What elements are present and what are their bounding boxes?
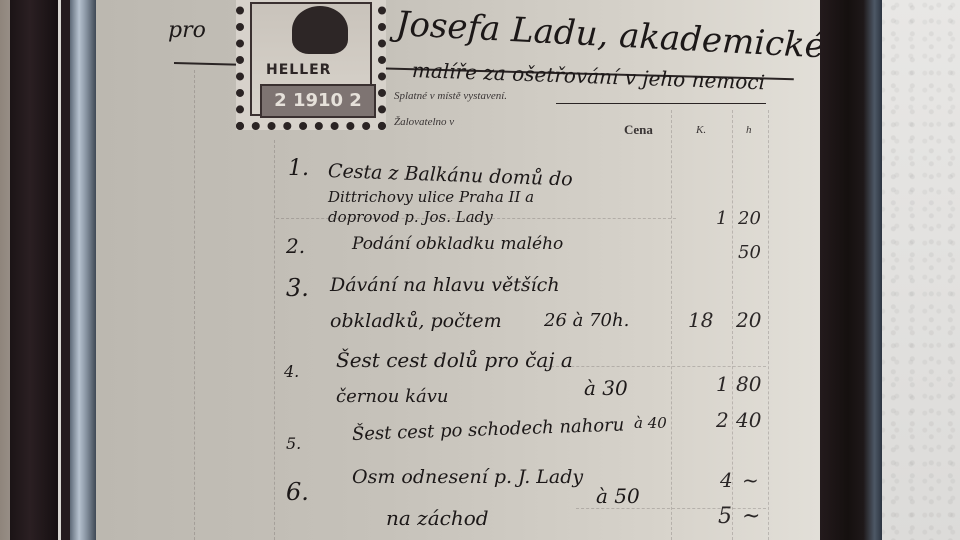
item-unit-price: à 50	[596, 484, 640, 508]
ruled-line	[671, 110, 672, 540]
item-line: Osm odnesení p. J. Lady	[352, 466, 583, 488]
photo-scene: pro Josefa Ladu, akademického malíře za …	[0, 0, 960, 540]
frame-left	[10, 0, 60, 540]
revenue-stamp: HELLER 2 1910 2	[236, 0, 386, 130]
recipient-underline	[556, 103, 766, 104]
item-hellers: 20	[736, 308, 761, 332]
recipient-line-2: malíře za ošetřování v jeho nemoci	[412, 58, 766, 94]
item-line: Šest cest dolů pro čaj a	[336, 348, 573, 372]
item-line: Šest cest po schodech nahoru	[352, 414, 625, 444]
item-crowns: 1	[716, 208, 727, 229]
item-number: 3.	[286, 274, 309, 302]
item-number: 4.	[284, 362, 299, 381]
item-number: 2.	[286, 234, 305, 258]
item-hellers: 80	[736, 372, 761, 396]
item-unit-price: à 40	[634, 414, 667, 432]
stamp-portrait-icon	[292, 6, 348, 54]
item-hellers: 20	[738, 208, 761, 229]
ruled-line	[768, 110, 769, 540]
ruled-line	[546, 366, 766, 367]
item-crowns: 1	[716, 372, 729, 396]
item-crowns: 5	[718, 504, 732, 529]
item-line: Podání obkladku malého	[352, 234, 563, 254]
item-unit-price: à 30	[584, 376, 628, 400]
ruled-line	[274, 140, 275, 540]
item-hellers: 40	[736, 408, 761, 432]
item-line: doprovod p. Jos. Lady	[328, 208, 493, 226]
header-prefix: pro	[168, 18, 206, 43]
frame-right	[820, 0, 882, 540]
ruled-line	[194, 70, 195, 540]
item-number: 5.	[286, 434, 301, 453]
item-hellers: 50	[738, 242, 761, 263]
stamp-value: 2 1910 2	[260, 84, 376, 118]
item-hellers: ~	[742, 468, 759, 492]
printed-payable: Splatné v místě vystavení.	[394, 90, 507, 102]
column-header-hellers: h	[746, 124, 752, 136]
printed-claimant: Žalovatelno v	[394, 116, 454, 128]
item-crowns: 2	[716, 408, 729, 432]
column-header-crowns: K.	[696, 124, 706, 136]
frame-left-metal-edge	[70, 0, 96, 540]
item-crowns: 4	[720, 468, 733, 492]
item-crowns: 18	[688, 308, 713, 332]
item-line: Dávání na hlavu větších	[330, 274, 560, 296]
item-number: 1.	[288, 156, 309, 181]
item-number: 6.	[286, 478, 309, 506]
wall	[880, 0, 960, 540]
ruled-line	[576, 508, 766, 509]
item-hellers: ~	[742, 504, 760, 529]
column-header-price: Cena	[624, 122, 653, 138]
invoice-paper: pro Josefa Ladu, akademického malíře za …	[96, 0, 820, 540]
item-line: Dittrichovy ulice Praha II a	[328, 188, 534, 206]
item-line: černou kávu	[336, 386, 448, 407]
stamp-denomination: HELLER	[266, 62, 331, 78]
item-line: Cesta z Balkánu domů do	[328, 160, 573, 191]
item-unit-price: 26 à 70h.	[544, 310, 629, 331]
item-line: na záchod	[386, 506, 489, 530]
item-line: obkladků, počtem	[330, 310, 502, 332]
